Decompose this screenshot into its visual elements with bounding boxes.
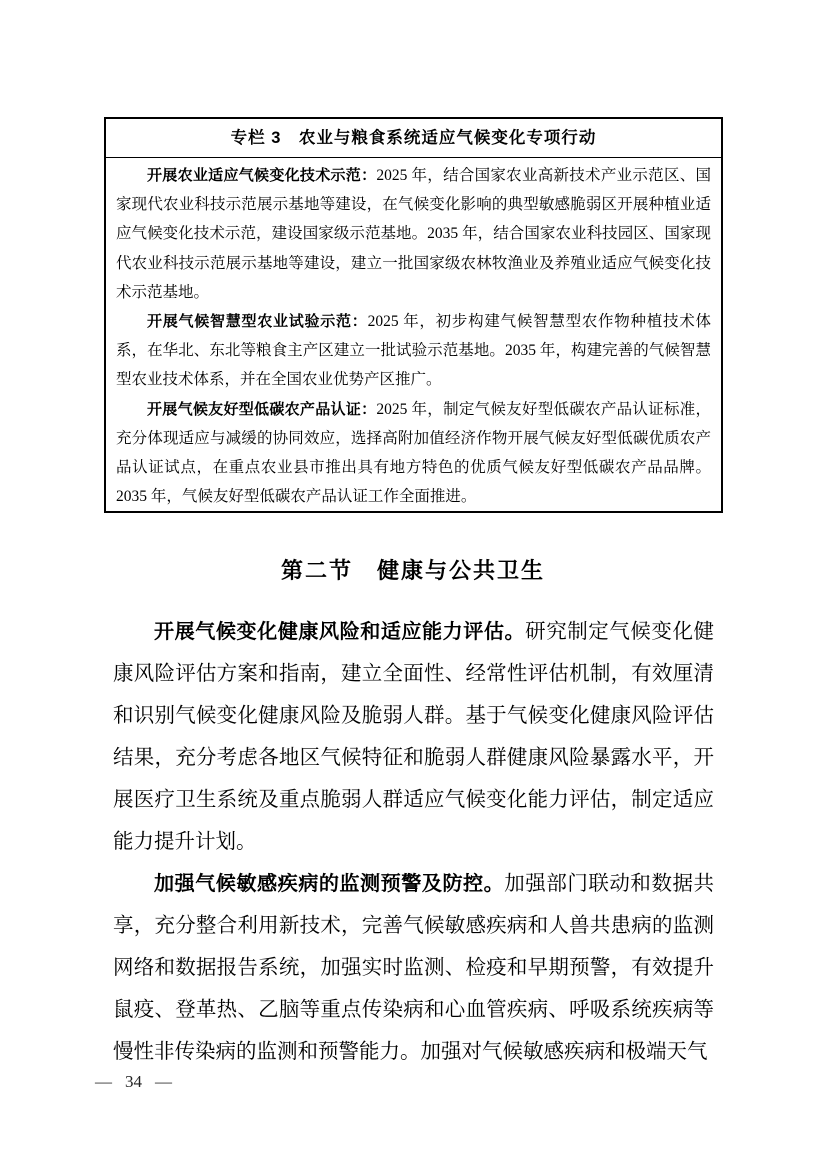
- footer-dash-right: —: [155, 1072, 172, 1092]
- body-text: 开展气候变化健康风险和适应能力评估。研究制定气候变化健康风险评估方案和指南，建立…: [113, 611, 714, 1073]
- document-page: 专栏 3 农业与粮食系统适应气候变化专项行动 开展农业适应气候变化技术示范：20…: [0, 0, 826, 1169]
- column-box-body: 开展农业适应气候变化技术示范：2025 年，结合国家农业高新技术产业示范区、国家…: [106, 158, 721, 511]
- body-paragraph-lead: 加强气候敏感疾病的监测预警及防控。: [154, 873, 504, 895]
- body-paragraph-text: 加强部门联动和数据共享，充分整合利用新技术，完善气候敏感疾病和人兽共患病的监测网…: [113, 873, 714, 1063]
- body-paragraph-lead: 开展气候变化健康风险和适应能力评估。: [154, 621, 525, 643]
- footer-dash-left: —: [95, 1072, 112, 1092]
- column-box: 专栏 3 农业与粮食系统适应气候变化专项行动 开展农业适应气候变化技术示范：20…: [104, 117, 723, 513]
- page-footer: — 34 —: [95, 1072, 172, 1092]
- box-paragraph: 开展气候智慧型农业试验示范：2025 年，初步构建气候智慧型农作物种植技术体系，…: [116, 307, 711, 395]
- box-paragraph-text: 2025 年，结合国家农业高新技术产业示范区、国家现代农业科技示范展示基地等建设…: [116, 167, 711, 301]
- box-paragraph-lead: 开展气候友好型低碳农产品认证：: [147, 401, 376, 418]
- page-number: 34: [125, 1072, 142, 1092]
- section-heading: 第二节 健康与公共卫生: [113, 554, 713, 585]
- box-paragraph: 开展气候友好型低碳农产品认证：2025 年，制定气候友好型低碳农产品认证标准，充…: [116, 395, 711, 512]
- body-paragraph: 开展气候变化健康风险和适应能力评估。研究制定气候变化健康风险评估方案和指南，建立…: [113, 611, 714, 863]
- box-paragraph-lead: 开展农业适应气候变化技术示范：: [147, 167, 376, 184]
- box-paragraph: 开展农业适应气候变化技术示范：2025 年，结合国家农业高新技术产业示范区、国家…: [116, 161, 711, 307]
- column-box-title: 专栏 3 农业与粮食系统适应气候变化专项行动: [106, 119, 721, 158]
- body-paragraph-text: 研究制定气候变化健康风险评估方案和指南，建立全面性、经常性评估机制，有效厘清和识…: [113, 621, 714, 853]
- box-paragraph-lead: 开展气候智慧型农业试验示范：: [147, 313, 368, 330]
- body-paragraph: 加强气候敏感疾病的监测预警及防控。加强部门联动和数据共享，充分整合利用新技术，完…: [113, 863, 714, 1073]
